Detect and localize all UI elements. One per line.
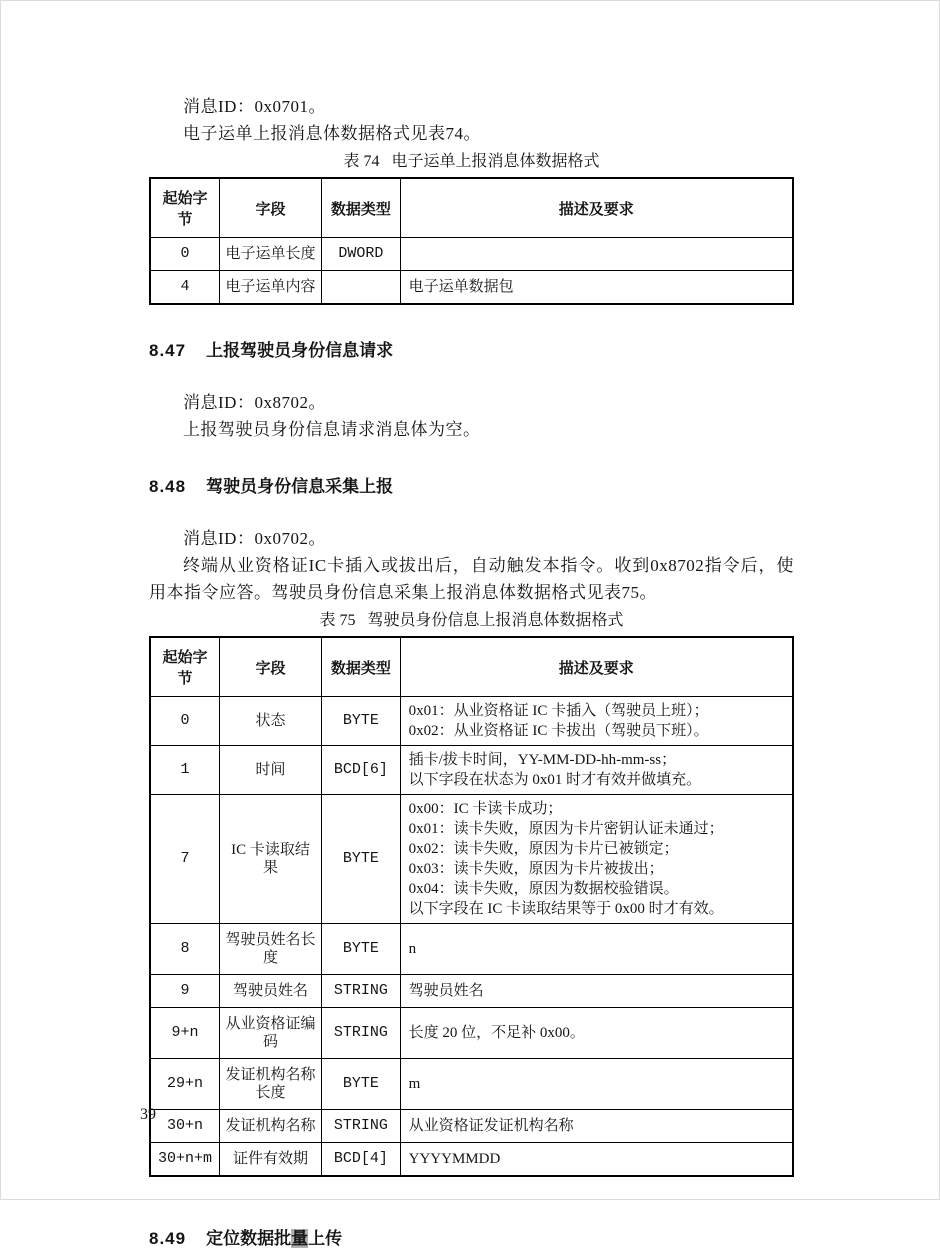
table74-caption-title: 电子运单上报消息体数据格式 [392, 153, 600, 170]
cell-data-type: BYTE [322, 697, 400, 746]
cell-start-byte: 0 [150, 697, 219, 746]
table-row: 29+n发证机构名称长度BYTEm [150, 1059, 793, 1110]
description-line: YYYYMMDD [409, 1149, 784, 1169]
cell-data-type: BYTE [322, 1059, 400, 1110]
description-line: 0x00：IC 卡读卡成功； [409, 799, 784, 819]
cell-start-byte: 29+n [150, 1059, 219, 1110]
table75-caption-title: 驾驶员身份信息上报消息体数据格式 [368, 612, 624, 629]
s847-body-empty-note: 上报驾驶员身份信息请求消息体为空。 [149, 416, 794, 443]
document-page: 消息ID：0x0701。 电子运单上报消息体数据格式见表74。 表 74电子运单… [0, 0, 940, 1200]
cell-data-type: BCD[6] [322, 746, 400, 795]
cell-data-type: BYTE [322, 924, 400, 975]
cell-start-byte: 7 [150, 795, 219, 924]
table74-header-row: 起始字节字段数据类型描述及要求 [150, 178, 793, 238]
cell-description: n [400, 924, 793, 975]
section-title-pre: 定位数据批 [206, 1229, 291, 1248]
cell-data-type: STRING [322, 1008, 400, 1059]
table-75: 起始字节字段数据类型描述及要求 0状态BYTE0x01：从业资格证 IC 卡插入… [149, 636, 794, 1177]
intro-table-ref: 电子运单上报消息体数据格式见表74。 [149, 120, 794, 147]
cell-field-name: 电子运单长度 [219, 238, 321, 271]
description-line: 电子运单数据包 [409, 277, 784, 297]
table-row: 8驾驶员姓名长度BYTEn [150, 924, 793, 975]
cell-description: 长度 20 位，不足补 0x00。 [400, 1008, 793, 1059]
table75-caption: 表 75驾驶员身份信息上报消息体数据格式 [149, 608, 794, 634]
description-line: 以下字段在 IC 卡读取结果等于 0x00 时才有效。 [409, 899, 784, 919]
section-heading-8-49: 8.49定位数据批量上传 [149, 1227, 794, 1251]
cell-start-byte: 0 [150, 238, 219, 271]
cell-start-byte: 4 [150, 271, 219, 305]
table-row: 30+n发证机构名称STRING从业资格证发证机构名称 [150, 1110, 793, 1143]
column-header: 数据类型 [322, 178, 400, 238]
table-74: 起始字节字段数据类型描述及要求 0电子运单长度DWORD4电子运单内容电子运单数… [149, 177, 794, 305]
description-line: 驾驶员姓名 [409, 981, 784, 1001]
description-line: 0x03：读卡失败，原因为卡片被拔出； [409, 859, 784, 879]
table-row: 0状态BYTE0x01：从业资格证 IC 卡插入（驾驶员上班）；0x02：从业资… [150, 697, 793, 746]
description-line: 插卡/拔卡时间，YY-MM-DD-hh-mm-ss； [409, 750, 784, 770]
cell-field-name: IC 卡读取结果 [219, 795, 321, 924]
cell-description: 0x00：IC 卡读卡成功；0x01：读卡失败，原因为卡片密钥认证未通过；0x0… [400, 795, 793, 924]
cell-description: 驾驶员姓名 [400, 975, 793, 1008]
column-header: 字段 [219, 637, 321, 697]
column-header: 描述及要求 [400, 637, 793, 697]
table-row: 9驾驶员姓名STRING驾驶员姓名 [150, 975, 793, 1008]
cell-data-type: DWORD [322, 238, 400, 271]
table-row: 9+n从业资格证编码STRING长度 20 位，不足补 0x00。 [150, 1008, 793, 1059]
table74-caption-label: 表 74 [343, 153, 379, 170]
section-number: 8.47 [149, 341, 186, 360]
cell-description: YYYYMMDD [400, 1143, 793, 1177]
table-row: 1时间BCD[6]插卡/拔卡时间，YY-MM-DD-hh-mm-ss；以下字段在… [150, 746, 793, 795]
description-line: 0x02：从业资格证 IC 卡拔出（驾驶员下班）。 [409, 721, 784, 741]
cell-start-byte: 1 [150, 746, 219, 795]
column-header: 起始字节 [150, 637, 219, 697]
table-row: 0电子运单长度DWORD [150, 238, 793, 271]
table74-caption: 表 74电子运单上报消息体数据格式 [149, 149, 794, 175]
section-number: 8.49 [149, 1229, 186, 1248]
cell-start-byte: 9+n [150, 1008, 219, 1059]
s848-message-id: 消息ID：0x0702。 [149, 525, 794, 552]
cell-data-type: STRING [322, 1110, 400, 1143]
description-line: 0x04：读卡失败，原因为数据校验错误。 [409, 879, 784, 899]
description-line: 0x01：从业资格证 IC 卡插入（驾驶员上班）； [409, 701, 784, 721]
section-title: 驾驶员身份信息采集上报 [206, 477, 393, 496]
cell-description: 从业资格证发证机构名称 [400, 1110, 793, 1143]
table-row: 7IC 卡读取结果BYTE0x00：IC 卡读卡成功；0x01：读卡失败，原因为… [150, 795, 793, 924]
cell-field-name: 发证机构名称长度 [219, 1059, 321, 1110]
cell-field-name: 发证机构名称 [219, 1110, 321, 1143]
cell-field-name: 状态 [219, 697, 321, 746]
cell-field-name: 从业资格证编码 [219, 1008, 321, 1059]
description-line: m [409, 1074, 784, 1094]
s847-message-id: 消息ID：0x8702。 [149, 389, 794, 416]
cell-data-type: BYTE [322, 795, 400, 924]
table75-header-row: 起始字节字段数据类型描述及要求 [150, 637, 793, 697]
cell-description: 0x01：从业资格证 IC 卡插入（驾驶员上班）；0x02：从业资格证 IC 卡… [400, 697, 793, 746]
column-header: 字段 [219, 178, 321, 238]
cell-field-name: 时间 [219, 746, 321, 795]
cell-data-type: STRING [322, 975, 400, 1008]
cell-field-name: 电子运单内容 [219, 271, 321, 305]
description-line: 长度 20 位，不足补 0x00。 [409, 1023, 784, 1043]
cell-data-type: BCD[4] [322, 1143, 400, 1177]
column-header: 描述及要求 [400, 178, 793, 238]
section-number: 8.48 [149, 477, 186, 496]
description-line: 0x01：读卡失败，原因为卡片密钥认证未通过； [409, 819, 784, 839]
cell-start-byte: 8 [150, 924, 219, 975]
cell-field-name: 证件有效期 [219, 1143, 321, 1177]
section-heading-8-47: 8.47上报驾驶员身份信息请求 [149, 339, 794, 363]
page-number: 39 [140, 1106, 156, 1124]
cell-field-name: 驾驶员姓名 [219, 975, 321, 1008]
table-row: 4电子运单内容电子运单数据包 [150, 271, 793, 305]
cell-start-byte: 30+n+m [150, 1143, 219, 1177]
intro-message-id: 消息ID：0x0701。 [149, 93, 794, 120]
cell-description: m [400, 1059, 793, 1110]
table75-caption-label: 表 75 [319, 612, 355, 629]
cell-description: 插卡/拔卡时间，YY-MM-DD-hh-mm-ss；以下字段在状态为 0x01 … [400, 746, 793, 795]
cell-description [400, 238, 793, 271]
s848-description: 终端从业资格证IC卡插入或拔出后，自动触发本指令。收到0x8702指令后，使用本… [149, 552, 794, 606]
section-title: 上报驾驶员身份信息请求 [206, 341, 393, 360]
description-line: n [409, 939, 784, 959]
section-title-highlighted-char: 量 [291, 1229, 308, 1248]
section-title-post: 上传 [308, 1229, 342, 1248]
column-header: 起始字节 [150, 178, 219, 238]
description-line: 以下字段在状态为 0x01 时才有效并做填充。 [409, 770, 784, 790]
cell-field-name: 驾驶员姓名长度 [219, 924, 321, 975]
section-heading-8-48: 8.48驾驶员身份信息采集上报 [149, 475, 794, 499]
column-header: 数据类型 [322, 637, 400, 697]
description-line: 0x02：读卡失败，原因为卡片已被锁定； [409, 839, 784, 859]
table-row: 30+n+m证件有效期BCD[4]YYYYMMDD [150, 1143, 793, 1177]
cell-description: 电子运单数据包 [400, 271, 793, 305]
description-line: 从业资格证发证机构名称 [409, 1116, 784, 1136]
cell-start-byte: 9 [150, 975, 219, 1008]
cell-start-byte: 30+n [150, 1110, 219, 1143]
cell-data-type [322, 271, 400, 305]
